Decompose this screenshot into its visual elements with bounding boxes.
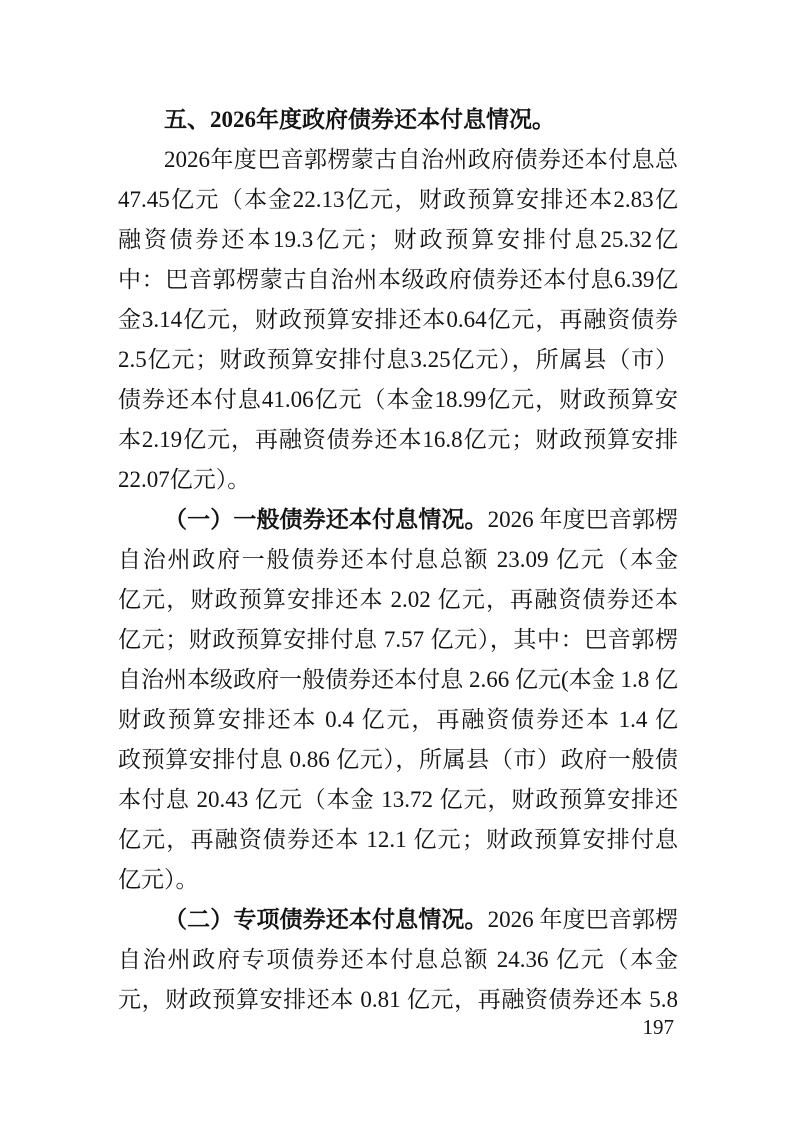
main-heading: 五、2026年度政府债券还本付息情况。 [118, 100, 678, 140]
subsection-title: （一）一般债券还本付息情况。 [164, 507, 488, 532]
document-body: 五、2026年度政府债券还本付息情况。 2026年度巴音郭楞蒙古自治州政府债券还… [118, 100, 678, 1020]
paragraph-line: 22.07亿元）。 [118, 460, 678, 500]
paragraph-line: 2026年度巴音郭楞蒙古自治州政府债券还本付息总额 [118, 140, 678, 180]
subsection-heading-2: （二）专项债券还本付息情况。2026 年度巴音郭楞蒙古 [118, 900, 678, 940]
paragraph-line: 融资债券还本19.3亿元；财政预算安排付息25.32亿元），其 [118, 220, 678, 260]
page-number: 197 [118, 1012, 678, 1042]
document-page: 五、2026年度政府债券还本付息情况。 2026年度巴音郭楞蒙古自治州政府债券还… [0, 0, 793, 1122]
subsection-heading-1: （一）一般债券还本付息情况。2026 年度巴音郭楞蒙古 [118, 500, 678, 540]
paragraph-line: 亿元，财政预算安排还本 2.02 亿元，再融资债券还本 13.5 [118, 580, 678, 620]
paragraph-line: 本2.19亿元，再融资债券还本16.8亿元；财政预算安排付息 [118, 420, 678, 460]
paragraph-line: 47.45亿元（本金22.13亿元，财政预算安排还本2.83亿元，再 [118, 180, 678, 220]
paragraph-line: 自治州政府专项债券还本付息总额 24.36 亿元（本金 6.61 亿 [118, 940, 678, 980]
paragraph-line: 2.5亿元；财政预算安排付息3.25亿元），所属县（市）政府 [118, 340, 678, 380]
paragraph-line: 自治州本级政府一般债券还本付息 2.66 亿元(本金 1.8 亿元， [118, 660, 678, 700]
paragraph-line: 中：巴音郭楞蒙古自治州本级政府债券还本付息6.39亿元（本 [118, 260, 678, 300]
paragraph-line: 亿元，再融资债券还本 12.1 亿元；财政预算安排付息 6.71 [118, 820, 678, 860]
paragraph-line: 本付息 20.43 亿元（本金 13.72 亿元，财政预算安排还本 1.62 [118, 780, 678, 820]
paragraph-line: 金3.14亿元，财政预算安排还本0.64亿元，再融资债券还本 [118, 300, 678, 340]
paragraph-line: 债券还本付息41.06亿元（本金18.99亿元，财政预算安排还 [118, 380, 678, 420]
paragraph-line: 政预算安排付息 0.86 亿元），所属县（市）政府一般债券还 [118, 740, 678, 780]
paragraph-line: 财政预算安排还本 0.4 亿元，再融资债券还本 1.4 亿元，财 [118, 700, 678, 740]
paragraph-line: 亿元；财政预算安排付息 7.57 亿元），其中：巴音郭楞蒙古 [118, 620, 678, 660]
subsection-title: （二）专项债券还本付息情况。 [164, 907, 488, 932]
paragraph-line: 亿元）。 [118, 860, 678, 900]
paragraph-line: 自治州政府一般债券还本付息总额 23.09 亿元（本金 15.52 [118, 540, 678, 580]
